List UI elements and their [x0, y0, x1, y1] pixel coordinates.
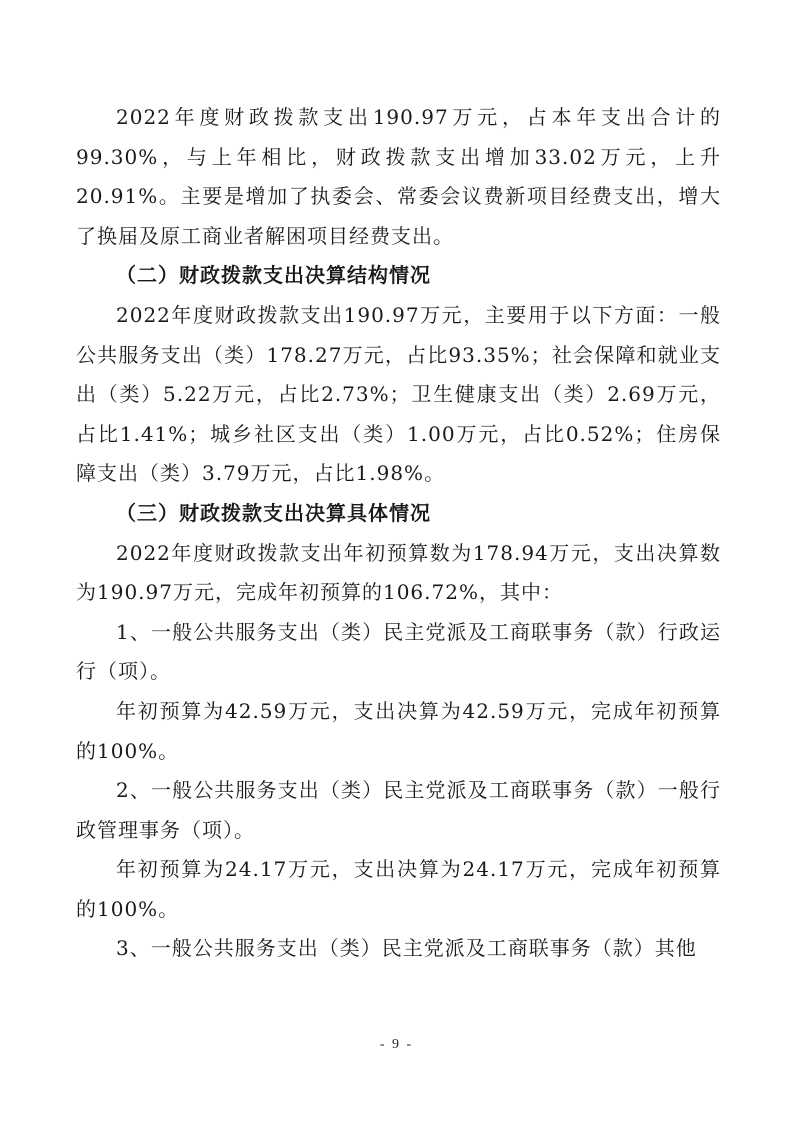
page-number: - 9 -: [0, 1037, 793, 1053]
document-body: 2022年度财政拨款支出190.97万元，占本年支出合计的99.30%，与上年相…: [76, 98, 721, 969]
paragraph-item-2-detail: 年初预算为24.17万元，支出决算为24.17万元，完成年初预算的100%。: [76, 850, 721, 929]
section-heading-structure: （二）财政拨款支出决算结构情况: [76, 256, 721, 296]
paragraph-expenditure-structure: 2022年度财政拨款支出190.97万元，主要用于以下方面：一般公共服务支出（类…: [76, 296, 721, 494]
section-heading-details: （三）财政拨款支出决算具体情况: [76, 494, 721, 534]
paragraph-appropriation-overview: 2022年度财政拨款支出190.97万元，占本年支出合计的99.30%，与上年相…: [76, 98, 721, 256]
paragraph-item-1-title: 1、一般公共服务支出（类）民主党派及工商联事务（款）行政运行（项）。: [76, 613, 721, 692]
paragraph-item-2-title: 2、一般公共服务支出（类）民主党派及工商联事务（款）一般行政管理事务（项）。: [76, 771, 721, 850]
paragraph-item-3-title: 3、一般公共服务支出（类）民主党派及工商联事务（款）其他: [76, 929, 721, 969]
paragraph-item-1-detail: 年初预算为42.59万元，支出决算为42.59万元，完成年初预算的100%。: [76, 692, 721, 771]
paragraph-budget-completion: 2022年度财政拨款支出年初预算数为178.94万元，支出决算数为190.97万…: [76, 534, 721, 613]
